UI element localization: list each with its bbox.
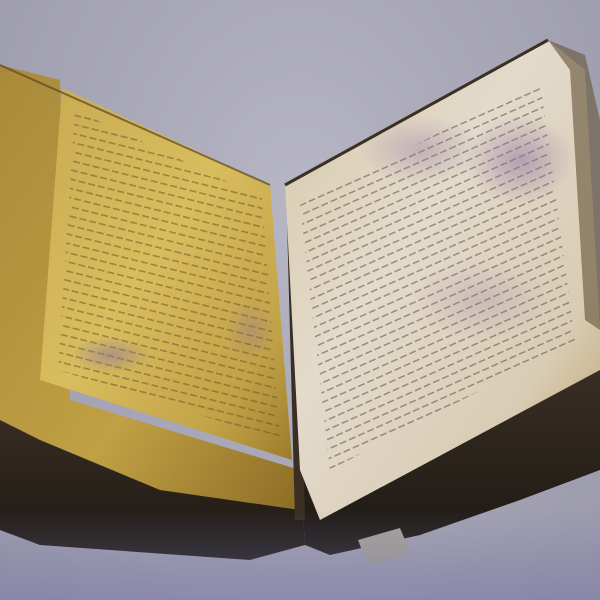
clasp	[358, 528, 410, 566]
photo-scene: Photograph of an old open manuscript boo…	[0, 0, 600, 600]
manuscript-illustration	[0, 0, 600, 600]
